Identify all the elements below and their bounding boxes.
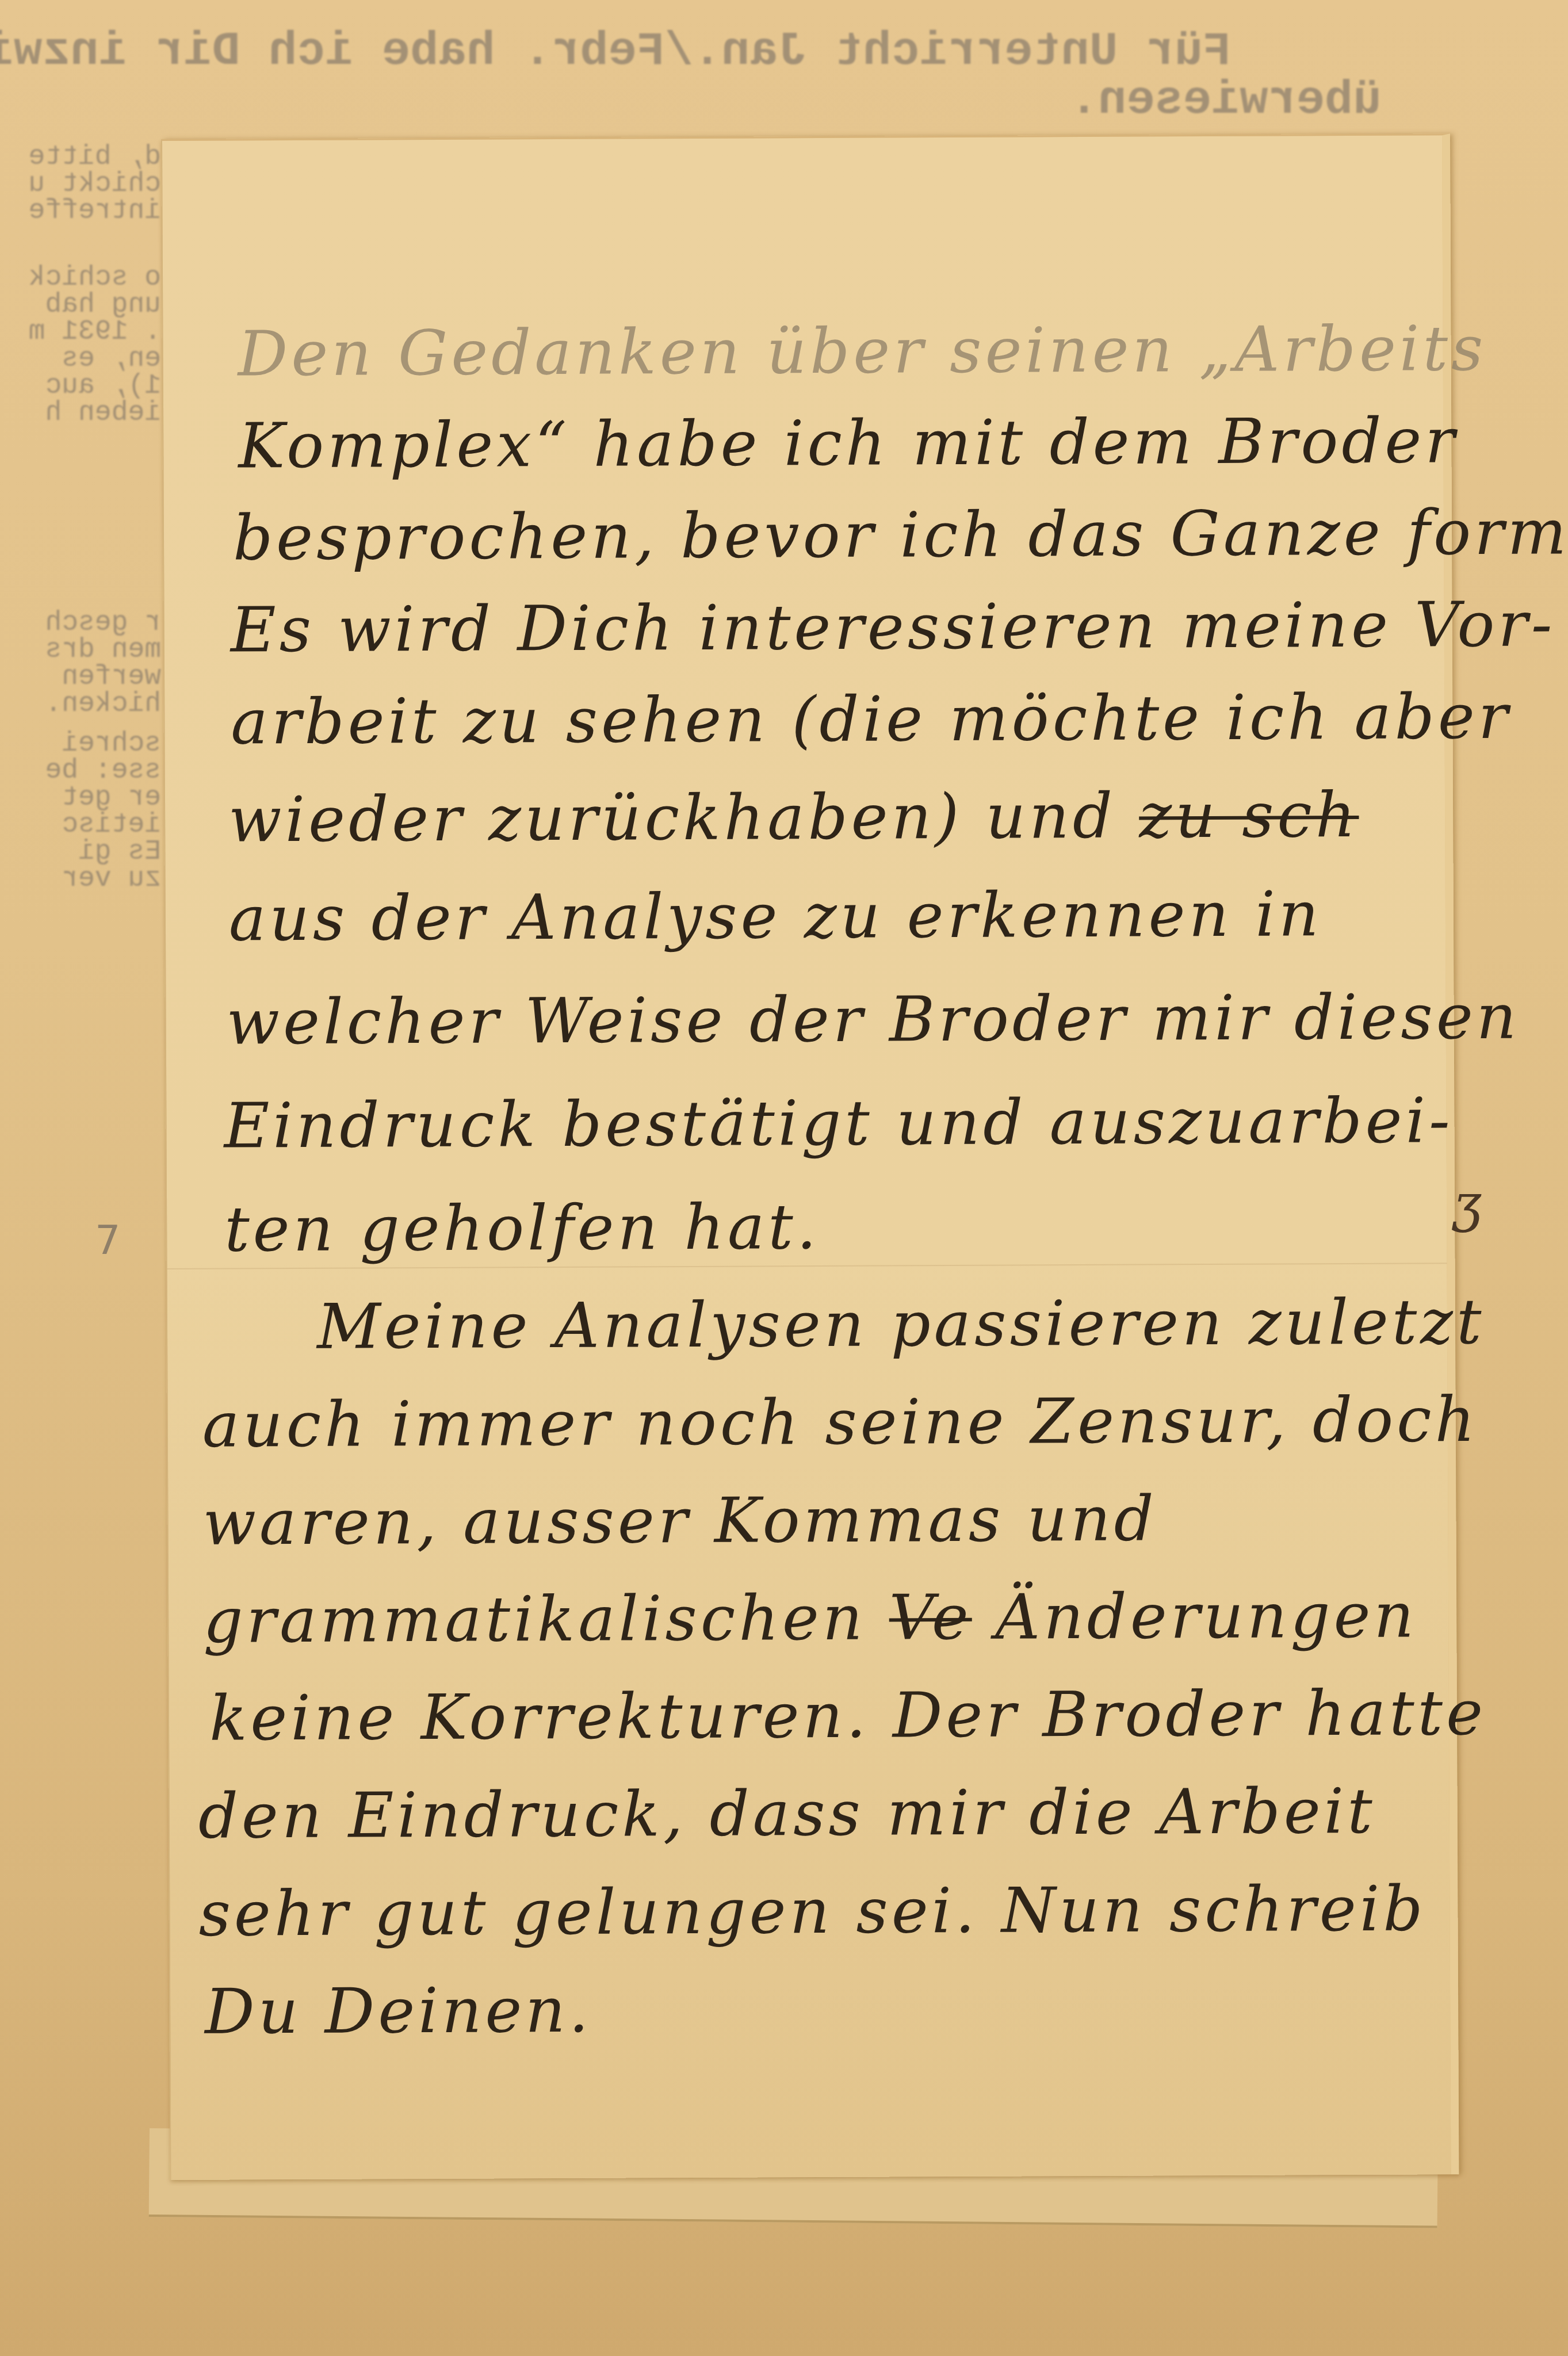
typed-fragment: schrei — [0, 730, 161, 758]
handwritten-line: waren, ausser Kommas und — [202, 1488, 1157, 1554]
typed-fragment: . 1931 m — [0, 319, 161, 346]
handwritten-line: Meine Analysen passieren zuletzt — [317, 1291, 1485, 1359]
struck-out-text: Ve — [889, 1582, 972, 1654]
typed-fragment: ieben h — [0, 400, 161, 427]
handwritten-text: wieder zurückhaben) und — [228, 781, 1116, 856]
handwritten-letter-page: Den Gedanken über seinen „Arbeits Komple… — [161, 133, 1459, 2180]
typed-fragment: 1), auc — [0, 373, 161, 400]
typed-fragment: d, bitte — [0, 144, 161, 171]
typed-fragment: r gesch — [0, 610, 161, 637]
typed-fragment: men drs — [0, 637, 161, 664]
handwritten-line: arbeit zu sehen (die möchte ich aber — [231, 686, 1511, 754]
handwritten-line: Du Deinen. — [205, 1980, 592, 2044]
typed-fragment: sse: be — [0, 758, 161, 785]
typed-fragment: chickt u — [0, 171, 161, 198]
typed-fragment: ung hab — [0, 292, 161, 319]
typed-fragment: o schick — [0, 265, 161, 292]
handwritten-line: sehr gut gelungen sei. Nun schreib — [198, 1878, 1427, 1945]
handwritten-line: ten geholfen hat. — [224, 1196, 820, 1261]
typed-fragment: en, es — [0, 346, 161, 373]
background-typed-line-1: Für Unterricht Jan./Febr. habe ich Dir i… — [0, 23, 1231, 81]
typed-fragment: hicken. — [0, 691, 161, 718]
handwritten-text: Änderungen — [995, 1579, 1417, 1653]
typed-fragment: werfen — [0, 664, 161, 691]
handwritten-line: welcher Weise der Broder mir diesen — [226, 986, 1520, 1054]
handwritten-line: Es wird Dich interessieren meine Vor- — [230, 594, 1555, 661]
handwritten-line: auch immer noch seine Zensur, doch — [202, 1389, 1479, 1457]
handwritten-text: grammatikalischen — [203, 1582, 866, 1657]
typed-fragment: Es gi — [0, 839, 161, 866]
struck-out-text: zu sch — [1139, 779, 1359, 852]
handwritten-line: aus der Analyse zu erkennen in — [229, 883, 1322, 950]
typed-fragment: zu ver — [0, 866, 161, 893]
handwritten-line: grammatikalischen Ve Änderungen — [203, 1585, 1417, 1652]
left-margin-mark: 7 — [95, 1217, 121, 1264]
handwritten-line: den Eindruck, dass mir die Arbeit — [198, 1781, 1375, 1848]
right-margin-mark: ʒ — [1452, 1173, 1482, 1234]
handwritten-line: Komplex“ habe ich mit dem Broder — [238, 410, 1458, 477]
typed-fragment: ietisc — [0, 812, 161, 839]
background-typed-line-2: überwiesen. — [1070, 72, 1381, 129]
handwritten-line: wieder zurückhaben) und zu sch — [228, 785, 1359, 852]
handwritten-line: besprochen, bevor ich das Ganze formte. — [233, 502, 1568, 570]
handwritten-line: Eindruck bestätigt und auszuarbei- — [224, 1090, 1454, 1157]
typed-fragment: intreffe — [0, 198, 161, 225]
handwritten-line: Den Gedanken über seinen „Arbeits — [238, 318, 1486, 385]
handwritten-line: keine Korrekturen. Der Broder hatte — [209, 1682, 1486, 1750]
typed-fragment: er get — [0, 785, 161, 812]
